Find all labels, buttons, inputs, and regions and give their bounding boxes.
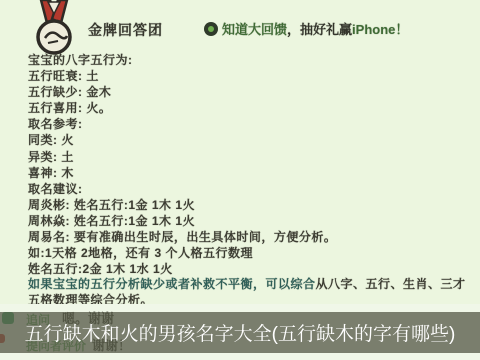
body-line: 五行缺少: 金木 [28,83,336,99]
body-line: 周林焱: 姓名五行:1金 1木 1火 [28,212,336,228]
body-line: 取名参考: [28,115,336,131]
body-line: 同类: 火 [28,131,336,147]
answer-body: 宝宝的八字五行为: 五行旺衰: 土 五行缺少: 金木 五行喜用: 火。 取名参考… [28,51,336,276]
body-line: 周炎彬: 姓名五行:1金 1木 1火 [28,196,336,212]
answerer-badge-label: 金牌回答团 [88,20,163,40]
body-line: 五行喜用: 火。 [28,99,336,115]
title-band: 五行缺木和火的男孩名字大全(五行缺木的字有哪些) [0,312,480,353]
promo-banner[interactable]: 知道大回馈 ，抽好礼赢 iPhone！ [204,19,408,38]
body-line: 如:1天格 2地格，还有 3 个人格五行数理 [28,244,336,260]
body-line: 周易名: 要有准确出生时辰，出生具体时间，方便分析。 [28,228,336,244]
body-line: 宝宝的八字五行为: [28,51,336,67]
body-line: 姓名五行:2金 1木 1水 1火 [28,260,336,276]
paragraph-highlight: 如果宝宝的五行分析缺少或者补救不平衡，可以综合 [28,277,316,291]
promo-text-segment: ，抽好礼赢 [287,19,352,38]
page-title: 五行缺木和火的男孩名字大全(五行缺木的字有哪些) [25,319,456,346]
answer-page: 金牌回答团 知道大回馈 ，抽好礼赢 iPhone！ 宝宝的八字五行为: 五行旺衰… [0,0,480,360]
promo-text-segment: 知道大回馈 [222,19,287,38]
body-line: 五行旺衰: 土 [28,67,336,83]
body-line: 喜神: 木 [28,164,336,180]
body-line: 取名建议: [28,180,336,196]
promo-text-segment: iPhone！ [352,19,408,38]
gift-coin-icon [204,22,218,36]
body-line: 异类: 土 [28,148,336,164]
